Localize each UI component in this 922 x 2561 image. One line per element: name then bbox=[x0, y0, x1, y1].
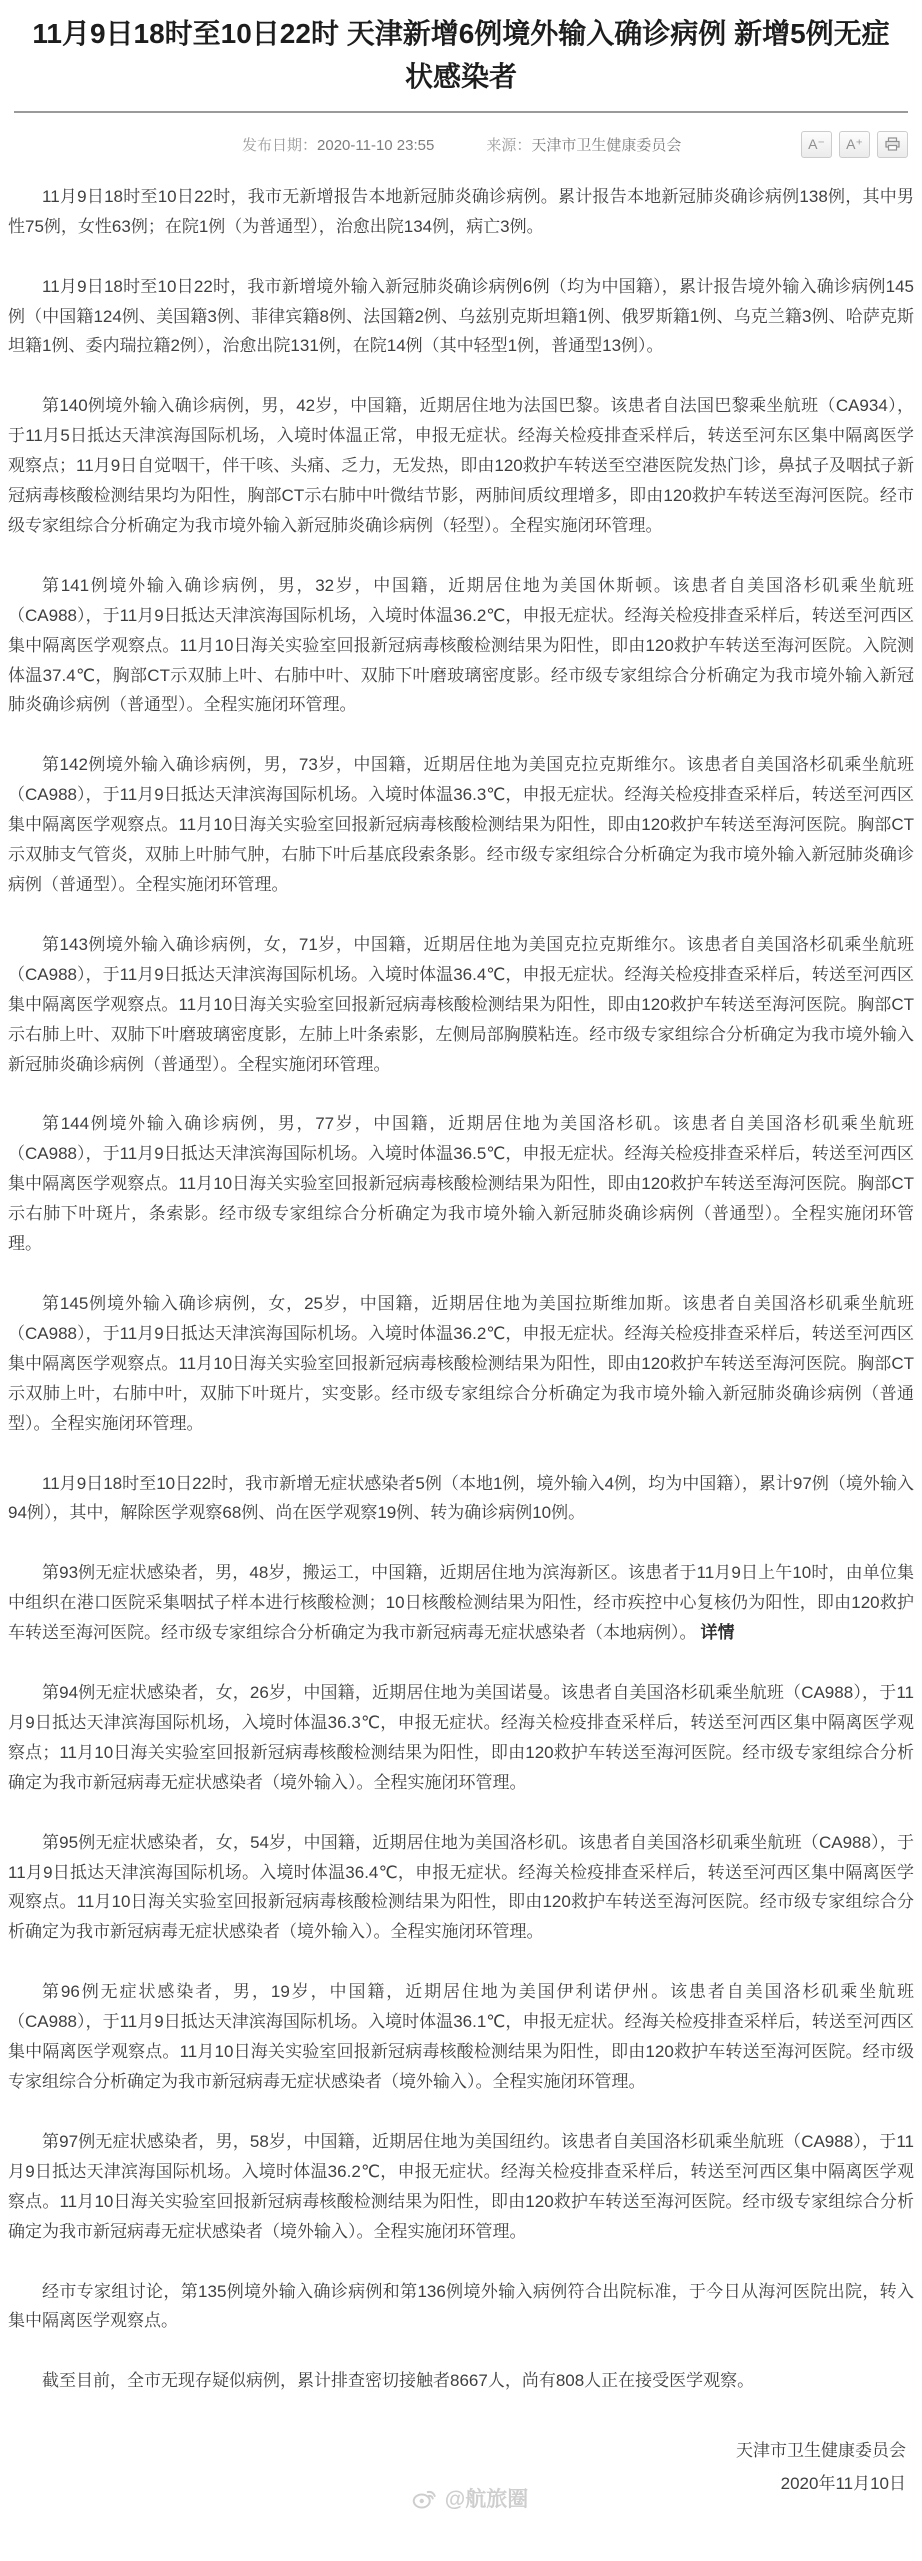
paragraph-case-144: 第144例境外输入确诊病例，男，77岁，中国籍，近期居住地为美国洛杉矶。该患者自… bbox=[8, 1109, 914, 1259]
meta-row: 发布日期：2020-11-10 23:55 来源：天津市卫生健康委员会 A⁻ A… bbox=[0, 113, 922, 162]
paragraph-case-145: 第145例境外输入确诊病例，女，25岁，中国籍，近期居住地为美国拉斯维加斯。该患… bbox=[8, 1289, 914, 1439]
publish-date-value: 2020-11-10 23:55 bbox=[317, 137, 434, 154]
printer-icon bbox=[885, 137, 900, 151]
publish-date: 发布日期：2020-11-10 23:55 bbox=[242, 134, 434, 155]
paragraph-asymptomatic-97: 第97例无症状感染者，男，58岁，中国籍，近期居住地为美国纽约。该患者自美国洛杉… bbox=[8, 2127, 914, 2247]
watermark-handle: @航旅圈 bbox=[445, 2483, 528, 2513]
font-increase-button[interactable]: A⁺ bbox=[839, 131, 870, 158]
paragraph-imported-summary: 11月9日18时至10日22时，我市新增境外输入新冠肺炎确诊病例6例（均为中国籍… bbox=[8, 272, 914, 362]
paragraph-case-142: 第142例境外输入确诊病例，男，73岁，中国籍，近期居住地为美国克拉克斯维尔。该… bbox=[8, 750, 914, 900]
detail-link[interactable]: 详情 bbox=[701, 1623, 735, 1642]
paragraph-contact-tracing: 截至目前，全市无现存疑似病例，累计排查密切接触者8667人，尚有808人正在接受… bbox=[8, 2366, 914, 2396]
font-decrease-button[interactable]: A⁻ bbox=[801, 131, 832, 158]
article-footer: 天津市卫生健康委员会 2020年11月10日 @航旅圈 bbox=[0, 2426, 922, 2534]
weibo-icon bbox=[412, 2486, 438, 2510]
paragraph-case-143: 第143例境外输入确诊病例，女，71岁，中国籍，近期居住地为美国克拉克斯维尔。该… bbox=[8, 930, 914, 1080]
paragraph-asymptomatic-93: 第93例无症状感染者，男，48岁，搬运工，中国籍，近期居住地为滨海新区。该患者于… bbox=[8, 1558, 914, 1648]
watermark: @航旅圈 bbox=[412, 2483, 528, 2513]
paragraph-asymptomatic-94: 第94例无症状感染者，女，26岁，中国籍，近期居住地为美国诺曼。该患者自美国洛杉… bbox=[8, 1678, 914, 1798]
paragraph-local-summary: 11月9日18时至10日22时，我市无新增报告本地新冠肺炎确诊病例。累计报告本地… bbox=[8, 182, 914, 242]
paragraph-asymptomatic-96: 第96例无症状感染者，男，19岁，中国籍，近期居住地为美国伊利诺伊州。该患者自美… bbox=[8, 1977, 914, 2097]
page-title: 11月9日18时至10日22时 天津新增6例境外输入确诊病例 新增5例无症状感染… bbox=[26, 12, 896, 99]
article-body: 11月9日18时至10日22时，我市无新增报告本地新冠肺炎确诊病例。累计报告本地… bbox=[0, 162, 922, 2396]
footer-organization: 天津市卫生健康委员会 bbox=[16, 2434, 906, 2467]
paragraph-asymptomatic-summary: 11月9日18时至10日22时，我市新增无症状感染者5例（本地1例，境外输入4例… bbox=[8, 1469, 914, 1529]
paragraph-case-140: 第140例境外输入确诊病例，男，42岁，中国籍，近期居住地为法国巴黎。该患者自法… bbox=[8, 391, 914, 541]
print-button[interactable] bbox=[877, 131, 908, 158]
publish-date-label: 发布日期： bbox=[242, 137, 317, 154]
article-toolbar: A⁻ A⁺ bbox=[801, 131, 908, 158]
paragraph-asymptomatic-95: 第95例无症状感染者，女，54岁，中国籍，近期居住地为美国洛杉矶。该患者自美国洛… bbox=[8, 1828, 914, 1948]
paragraph-case-141: 第141例境外输入确诊病例，男，32岁，中国籍，近期居住地为美国休斯顿。该患者自… bbox=[8, 571, 914, 721]
announcement-page: 11月9日18时至10日22时 天津新增6例境外输入确诊病例 新增5例无症状感染… bbox=[0, 0, 922, 2561]
source-value: 天津市卫生健康委员会 bbox=[531, 137, 681, 154]
paragraph-discharge-notice: 经市专家组讨论，第135例境外输入确诊病例和第136例境外输入病例符合出院标准，… bbox=[8, 2277, 914, 2337]
source-label: 来源： bbox=[486, 137, 531, 154]
source: 来源：天津市卫生健康委员会 bbox=[486, 134, 681, 155]
paragraph-asymptomatic-93-text: 第93例无症状感染者，男，48岁，搬运工，中国籍，近期居住地为滨海新区。该患者于… bbox=[8, 1563, 914, 1642]
